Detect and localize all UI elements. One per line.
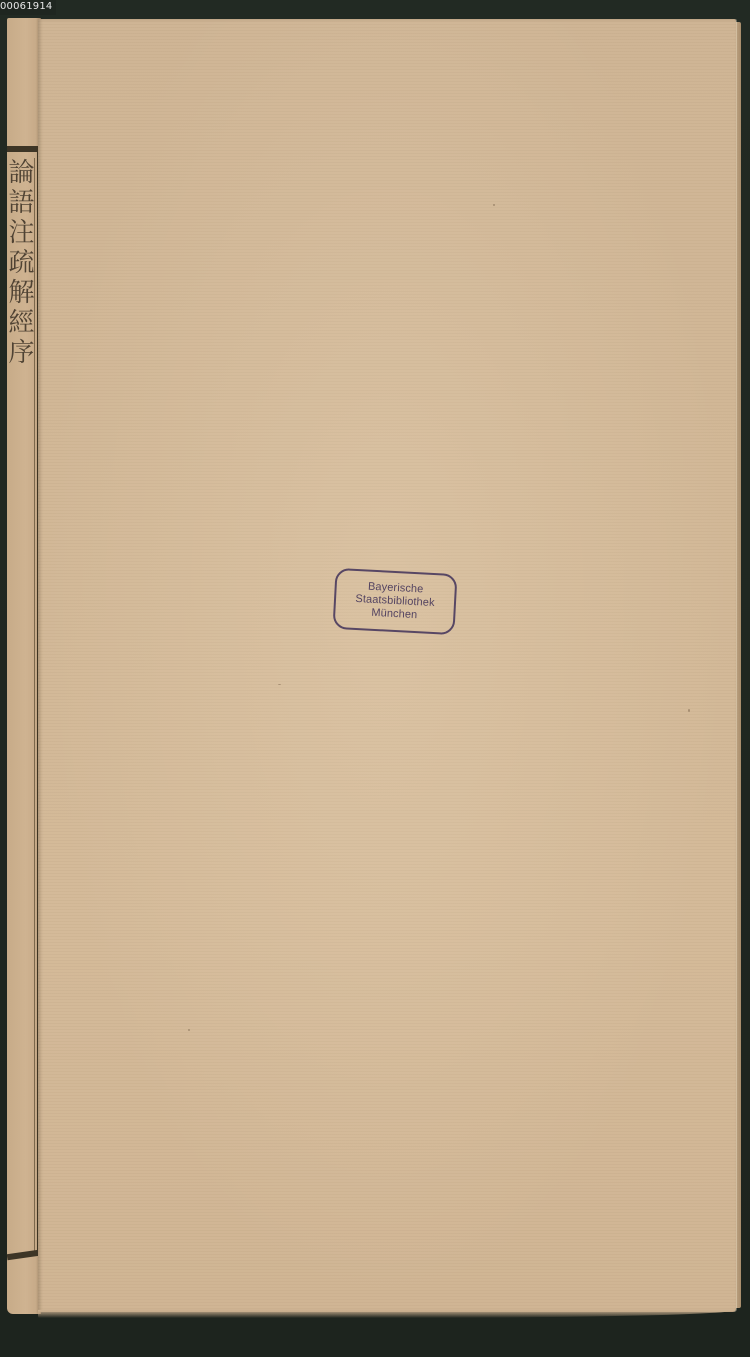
paper-speck [188, 1029, 190, 1031]
library-stamp: Bayerische Staatsbibliothek München [332, 568, 457, 635]
scan-id-label: 00061914 [0, 0, 56, 15]
book-scan: 00061914 論語注疏解經序 Bayerische Staatsbiblio… [0, 0, 750, 1357]
left-page-strip: 論語注疏解經序 [7, 18, 41, 1314]
frame-top-block [7, 146, 39, 152]
vertical-title: 論語注疏解經序 [4, 158, 34, 548]
stamp-line-3: München [371, 607, 418, 622]
paper-speck [493, 204, 495, 206]
right-page-blank [38, 19, 736, 1312]
paper-speck [278, 684, 281, 685]
frame-bottom-block [7, 1250, 40, 1260]
page-bottom-curl [38, 1310, 736, 1318]
paper-speck [688, 709, 690, 712]
frame-line-inner [34, 158, 35, 1253]
